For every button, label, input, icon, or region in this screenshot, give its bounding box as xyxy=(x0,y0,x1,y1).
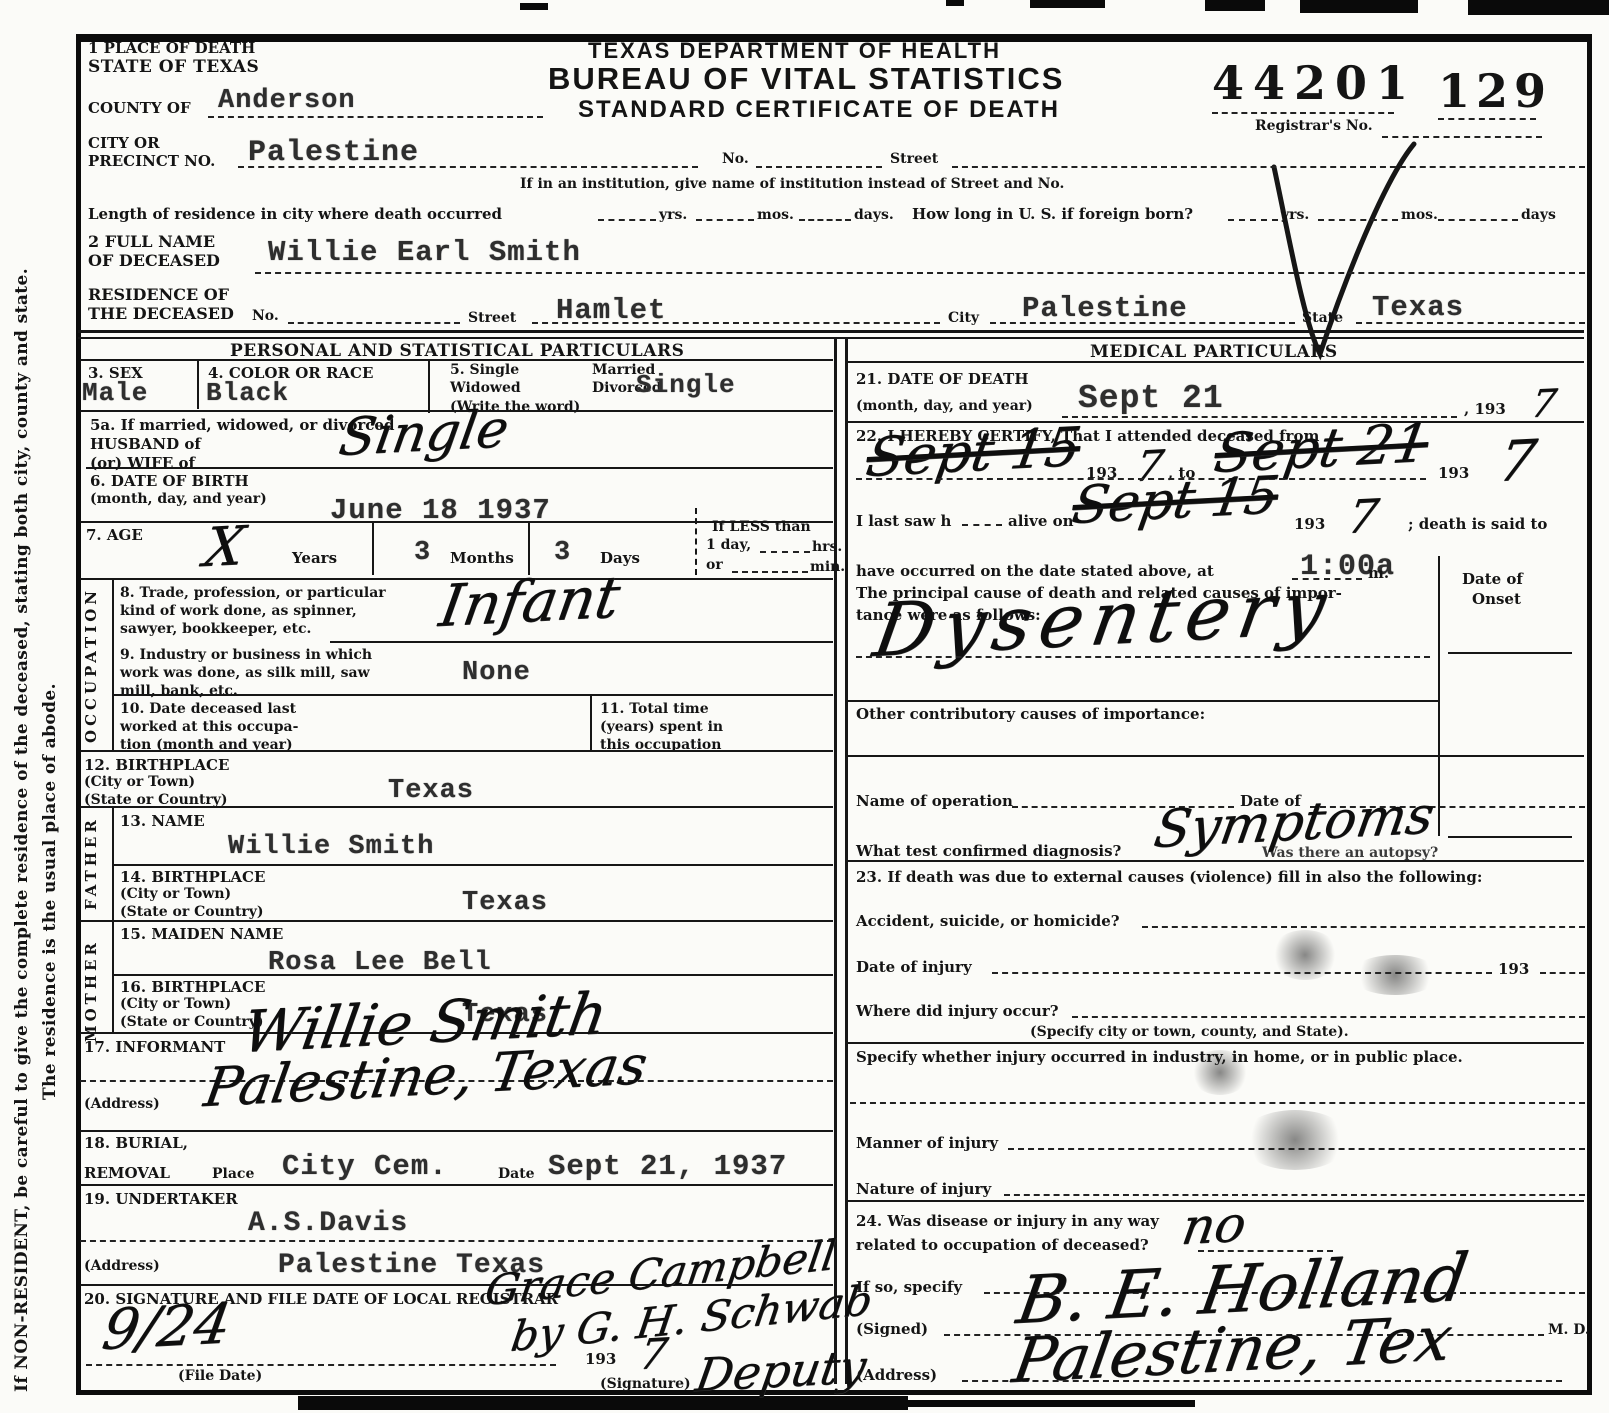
where-injury-label: Where did injury occur? xyxy=(856,1002,1059,1020)
burial-label-1: 18. BURIAL, xyxy=(84,1134,188,1152)
undertaker-value: A.S.Davis xyxy=(248,1208,408,1239)
dob-sub-label: (month, day, and year) xyxy=(90,491,267,508)
marital-label-single: 5. Single xyxy=(450,362,519,379)
age-less-label-2: 1 day, xyxy=(706,537,751,554)
occupation-related-label-1: 24. Was disease or injury in any way xyxy=(856,1212,1159,1230)
burial-date-label: Date xyxy=(498,1166,535,1183)
scan-artifact xyxy=(1468,0,1609,15)
divider xyxy=(1142,926,1585,928)
age-days-value: 3 xyxy=(554,538,571,568)
marital-value: Single xyxy=(636,370,736,400)
trade-label-3: sawyer, bookkeeper, etc. xyxy=(120,621,311,638)
registrar-number: 129 xyxy=(1438,68,1552,114)
foreign-born-label: How long in U. S. if foreign born? xyxy=(912,205,1193,223)
divider xyxy=(80,1184,833,1186)
street-label: Street xyxy=(890,151,938,168)
divider xyxy=(1212,112,1394,114)
city-or-label: CITY OR xyxy=(88,134,160,152)
institution-note: If in an institution, give name of insti… xyxy=(520,176,1064,193)
medical-section-title: MEDICAL PARTICULARS xyxy=(1090,342,1338,362)
margin-note-nonresident: If NON-RESIDENT, be careful to give the … xyxy=(14,268,31,1392)
total-time-label-2: (years) spent in xyxy=(600,719,723,736)
divider xyxy=(372,521,374,575)
divider xyxy=(732,571,808,573)
days-label-2: days xyxy=(1521,207,1556,224)
divider xyxy=(1448,652,1572,654)
divider xyxy=(532,322,940,324)
5a-husband-label: HUSBAND of xyxy=(90,435,201,453)
place-of-death-label: 1 PLACE OF DEATH xyxy=(88,39,255,57)
divider xyxy=(845,1042,1584,1044)
ink-smudge xyxy=(1270,930,1340,980)
divider xyxy=(112,694,833,696)
registrar-year-prefix: 193 xyxy=(585,1350,616,1368)
occupation-side-label: OCCUPATION xyxy=(84,586,99,744)
industry-label-3: mill, bank, etc. xyxy=(120,683,238,700)
divider xyxy=(197,359,199,409)
occupation-related-label-2: related to occupation of deceased? xyxy=(856,1236,1149,1254)
test-confirmed-label: What test confirmed diagnosis? xyxy=(856,842,1121,860)
age-months-value: 3 xyxy=(414,538,431,568)
divider xyxy=(1356,322,1585,324)
age-less-label-1: If LESS than xyxy=(712,519,811,536)
residence-street-label: Street xyxy=(468,310,516,327)
father-birthplace-value: Texas xyxy=(462,888,548,918)
residence-label-2: THE DECEASED xyxy=(88,304,234,323)
divider xyxy=(78,330,1584,333)
residence-label-1: RESIDENCE OF xyxy=(88,285,229,304)
file-date-label: (File Date) xyxy=(178,1368,262,1385)
dob-label: 6. DATE OF BIRTH xyxy=(90,472,249,490)
birthplace-label: 12. BIRTHPLACE xyxy=(84,756,229,774)
death-certificate-scan: If NON-RESIDENT, be careful to give the … xyxy=(0,0,1609,1413)
accident-label: Accident, suicide, or homicide? xyxy=(856,912,1120,930)
date-of-injury-year: 193 xyxy=(1498,960,1529,978)
scan-artifact xyxy=(946,0,964,6)
date-of-death-sub: (month, day, and year) xyxy=(856,398,1033,415)
mother-birthplace-label: 16. BIRTHPLACE xyxy=(120,978,265,996)
occurred-am-label: m. xyxy=(1368,564,1389,582)
trade-label-2: kind of work done, as spinner, xyxy=(120,603,357,620)
undertaker-label: 19. UNDERTAKER xyxy=(84,1190,238,1208)
residence-city-label: City xyxy=(948,310,979,327)
last-worked-label-2: worked at this occupa- xyxy=(120,719,298,736)
divider xyxy=(962,524,1002,526)
divider xyxy=(696,219,754,221)
last-worked-label-1: 10. Date deceased last xyxy=(120,701,296,718)
5a-wife-label: (or) WIFE of xyxy=(90,454,195,472)
occupation-related-value-handwritten: no xyxy=(1178,1195,1250,1256)
divider xyxy=(80,920,833,922)
burial-label-2: REMOVAL xyxy=(84,1164,170,1182)
state-of-texas-label: STATE OF TEXAS xyxy=(88,57,259,77)
last-saw-label-3: ; death is said to xyxy=(1408,515,1547,533)
certificate-number: 44201 xyxy=(1212,60,1417,106)
contributory-label: Other contributory causes of importance: xyxy=(856,705,1205,723)
injury-specify-label: Specify whether injury occurred in indus… xyxy=(856,1048,1463,1066)
mother-side-label: MOTHER xyxy=(84,928,99,1054)
residence-state-value: Texas xyxy=(1372,291,1464,324)
md-label: M. D. xyxy=(1548,1322,1590,1339)
physician-address-label: (Address) xyxy=(856,1366,937,1384)
divider xyxy=(850,1102,1585,1104)
title-bureau: BUREAU OF VITAL STATISTICS xyxy=(548,63,1064,94)
divider xyxy=(756,166,882,168)
divider xyxy=(1318,219,1398,221)
last-saw-label-2: alive on xyxy=(1008,512,1074,530)
informant-label: 17. INFORMANT xyxy=(84,1038,225,1056)
manner-of-injury-label: Manner of injury xyxy=(856,1134,998,1152)
race-value: Black xyxy=(206,378,289,408)
trade-label-1: 8. Trade, profession, or particular xyxy=(120,585,386,602)
divider xyxy=(1072,1016,1585,1018)
divider xyxy=(86,1364,556,1366)
divider xyxy=(112,920,114,1032)
last-saw-label-1: I last saw h xyxy=(856,512,951,530)
burial-place-value: City Cem. xyxy=(282,1150,448,1183)
age-min-label: min. xyxy=(810,559,845,576)
signed-label: (Signed) xyxy=(856,1320,928,1338)
full-name-label-2: OF DECEASED xyxy=(88,251,220,270)
father-name-label: 13. NAME xyxy=(120,812,205,830)
divider xyxy=(1228,219,1278,221)
full-name-value: Willie Earl Smith xyxy=(268,236,581,269)
divider xyxy=(1540,972,1585,974)
divider xyxy=(80,806,833,808)
father-birthplace-label: 14. BIRTHPLACE xyxy=(120,868,265,886)
divider xyxy=(590,694,592,750)
ink-smudge xyxy=(1240,1110,1350,1170)
last-saw-value-handwritten: Sept 15 xyxy=(1068,465,1283,536)
date-of-death-value: Sept 21 xyxy=(1078,380,1224,417)
divider xyxy=(695,508,697,575)
industry-label-2: work was done, as silk mill, saw xyxy=(120,665,370,682)
divider xyxy=(990,322,1295,324)
divider xyxy=(1448,836,1572,838)
divider xyxy=(845,700,1438,702)
divider xyxy=(856,656,1430,658)
divider xyxy=(112,578,114,750)
margin-note-residence: The residence is the usual place of abod… xyxy=(42,683,59,1100)
divider xyxy=(1438,118,1536,120)
title-department: TEXAS DEPARTMENT OF HEALTH xyxy=(588,40,1001,62)
age-months-label: Months xyxy=(450,549,514,567)
if-so-specify-label: If so, specify xyxy=(856,1278,962,1296)
divider xyxy=(288,322,460,324)
operation-label: Name of operation xyxy=(856,792,1013,810)
title-certificate: STANDARD CERTIFICATE OF DEATH xyxy=(578,98,1060,122)
divider xyxy=(80,750,833,752)
divider xyxy=(255,272,1585,274)
ink-smudge xyxy=(1350,955,1440,995)
county-value: Anderson xyxy=(218,86,356,116)
scan-artifact xyxy=(1205,0,1265,11)
date-of-injury-label: Date of injury xyxy=(856,958,972,976)
signature-label: (Signature) xyxy=(600,1376,691,1393)
age-hrs-label: hrs. xyxy=(812,539,842,556)
days-label: days. xyxy=(854,207,894,224)
divider xyxy=(330,641,833,643)
divider xyxy=(78,337,1584,339)
date-of-death-label: 21. DATE OF DEATH xyxy=(856,370,1029,388)
external-causes-label: 23. If death was due to external causes … xyxy=(856,868,1482,886)
divider xyxy=(952,166,1585,168)
county-label: COUNTY OF xyxy=(88,99,191,117)
divider xyxy=(112,974,833,976)
marital-label-widowed: Widowed xyxy=(450,380,521,397)
residence-state-label: State xyxy=(1302,310,1343,327)
sex-value: Male xyxy=(82,378,148,408)
divider xyxy=(112,864,833,866)
industry-label-1: 9. Industry or business in which xyxy=(120,647,372,664)
onset-box-border xyxy=(1438,556,1440,836)
scan-artifact xyxy=(1300,0,1418,13)
full-name-label-1: 2 FULL NAME xyxy=(88,232,215,251)
divider xyxy=(845,755,1584,757)
scan-artifact xyxy=(298,1396,908,1410)
precinct-no-label: PRECINCT NO. xyxy=(88,152,215,170)
scan-artifact xyxy=(520,3,548,10)
burial-date-value: Sept 21, 1937 xyxy=(548,1150,787,1183)
ink-smudge xyxy=(1190,1050,1250,1095)
divider xyxy=(1004,1194,1585,1196)
mother-birthplace-sub-1: (City or Town) xyxy=(120,996,231,1013)
mother-maiden-name-label: 15. MAIDEN NAME xyxy=(120,925,283,943)
last-saw-year-prefix: 193 xyxy=(1294,515,1325,533)
mos-label-2: mos. xyxy=(1401,207,1438,224)
scan-artifact xyxy=(905,1400,1195,1407)
divider xyxy=(112,806,114,920)
residence-city-value: Palestine xyxy=(1022,292,1188,325)
date-of-death-year-prefix: , 193 xyxy=(1464,400,1506,418)
father-birthplace-sub-2: (State or Country) xyxy=(120,904,264,921)
burial-place-label: Place xyxy=(212,1166,254,1183)
divider xyxy=(80,359,833,361)
trade-value-handwritten: Infant xyxy=(435,563,625,640)
scan-artifact xyxy=(1030,0,1105,8)
father-name-value: Willie Smith xyxy=(228,832,434,862)
divider xyxy=(86,467,833,469)
industry-value: None xyxy=(462,658,531,688)
date-of-onset-label-2: Onset xyxy=(1472,590,1521,608)
5a-value-handwritten: Single xyxy=(335,399,513,468)
father-side-label: FATHER xyxy=(84,812,99,914)
informant-address-label: (Address) xyxy=(84,1096,160,1113)
father-birthplace-sub-1: (City or Town) xyxy=(120,886,231,903)
residence-length-label: Length of residence in city where death … xyxy=(88,205,502,223)
divider xyxy=(80,1130,833,1132)
file-date-value-handwritten: 9/24 xyxy=(98,1292,235,1363)
divider xyxy=(1438,219,1518,221)
street-no-label: No. xyxy=(722,151,749,168)
undertaker-address-label: (Address) xyxy=(84,1258,160,1275)
mother-birthplace-sub-2: (State or Country) xyxy=(120,1014,264,1031)
deputy-handwritten: Deputy xyxy=(692,1339,870,1402)
birthplace-value: Texas xyxy=(388,776,474,806)
attended-to-year-prefix: 193 xyxy=(1438,464,1469,482)
divider xyxy=(799,219,851,221)
city-value: Palestine xyxy=(248,136,419,170)
divider xyxy=(208,116,543,118)
age-years-label: Years xyxy=(292,549,337,567)
birthplace-sub-1: (City or Town) xyxy=(84,774,195,791)
age-label: 7. AGE xyxy=(86,526,143,544)
divider xyxy=(598,219,656,221)
yrs-label-2: yrs. xyxy=(1281,207,1309,224)
divider xyxy=(845,361,1584,363)
divider xyxy=(760,551,810,553)
yrs-label: yrs. xyxy=(659,207,687,224)
mos-label: mos. xyxy=(757,207,794,224)
age-or-label: or xyxy=(706,557,723,574)
divider xyxy=(238,166,698,168)
residence-no-label: No. xyxy=(252,308,279,325)
date-of-onset-label-1: Date of xyxy=(1462,570,1523,588)
divider xyxy=(845,860,1584,862)
nature-of-injury-label: Nature of injury xyxy=(856,1180,991,1198)
where-injury-sub: (Specify city or town, county, and State… xyxy=(1030,1024,1349,1041)
total-time-label-1: 11. Total time xyxy=(600,701,709,718)
